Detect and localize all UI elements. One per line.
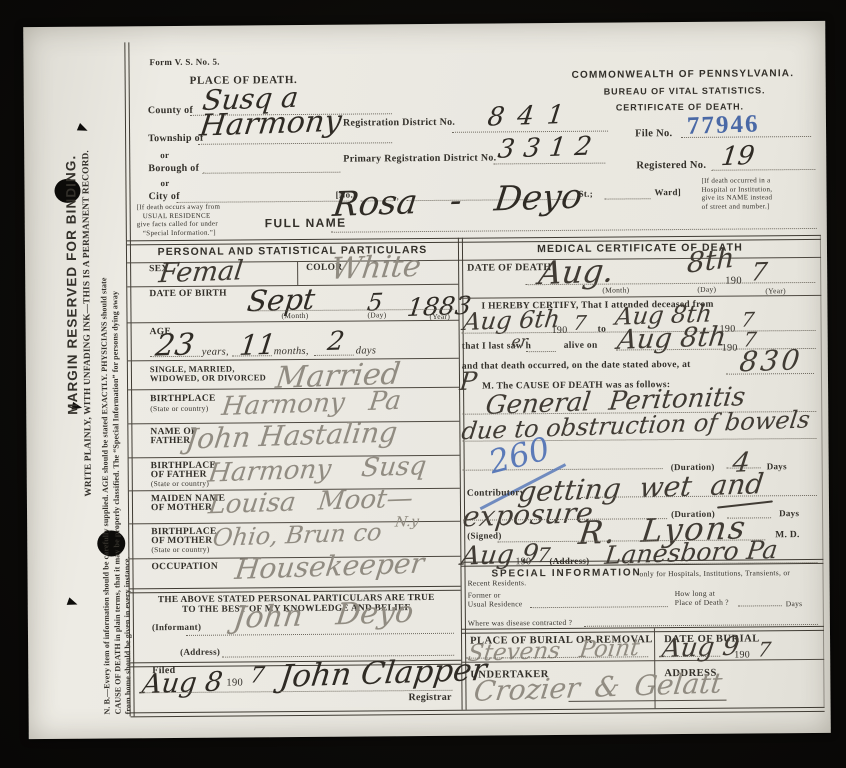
file-no-label: File No. [635, 128, 672, 139]
margin-mark-icon [67, 597, 79, 608]
marital-label2: WIDOWED, OR DIVORCED [150, 373, 266, 383]
primary-registration-label: Primary Registration District No. [343, 153, 496, 165]
hospital-note: [If death occurred in a Hospital or Inst… [701, 176, 772, 211]
state-country-caption: (State or country) [151, 546, 209, 554]
years-word: years, [202, 347, 229, 358]
registered-no-label: Registered No. [636, 160, 706, 172]
scanned-death-certificate: { "common": {"y190":"190","month_cap":"(… [0, 0, 846, 768]
bureau-title: BUREAU OF VITAL STATISTICS. [604, 86, 766, 97]
margin-mark-icon [77, 123, 89, 134]
full-name-line [331, 228, 817, 233]
death-day-value: 8th [686, 244, 734, 278]
or-label: or [160, 179, 169, 189]
former-residence-label: Former or [468, 591, 501, 599]
attended-from-date: Aug 6th [462, 307, 561, 334]
mother-birthplace-value: Ohio, Brun co [211, 520, 383, 550]
hospital-note-line: [If death occurred in a [701, 176, 772, 185]
margin-write-plainly-text: WRITE PLAINLY, WITH UNFADING INK—THIS IS… [82, 172, 94, 497]
day-caption: (Day) [697, 286, 716, 294]
date-of-birth-label: DATE OF BIRTH [149, 290, 227, 301]
her-written: er [511, 334, 529, 350]
hospital-note-line: give its NAME instead [702, 193, 773, 202]
filed-year-written: 7 [249, 665, 266, 687]
medical-section-title: MEDICAL CERTIFICATE OF DEATH [459, 242, 821, 256]
days2-label: Days [779, 509, 799, 519]
how-long-label: How long at [675, 590, 715, 598]
right-border-rule [820, 235, 825, 707]
sex-color-divider [297, 262, 298, 285]
residence-note: [If death occurs away from USUAL RESIDEN… [137, 203, 221, 238]
or-label: or [160, 151, 169, 161]
primary-registration-value: 3312 [496, 133, 602, 162]
file-no-stamp: 77946 [687, 110, 760, 140]
mother-maiden-value: Louisa Moot— [207, 485, 414, 518]
bottom-rule [131, 707, 825, 717]
mother-birthplace-state: N.y [394, 515, 420, 530]
from-year-written: 7 [572, 313, 587, 333]
state-country-caption: (State or country) [150, 405, 208, 413]
death-time-value: 830 [738, 346, 804, 376]
residence-note-line: “Special Information.”] [137, 228, 221, 237]
year-caption: (Year) [429, 313, 450, 321]
registrar-signature: John Clapper [278, 655, 488, 693]
usual-residence-label: Usual Residence [468, 600, 523, 608]
father-name-value: John Hastaling [184, 418, 399, 453]
ward-line [605, 198, 651, 199]
margin-binding-text: MARGIN RESERVED FOR BINDING. [65, 210, 81, 415]
state-country-caption: (State or country) [151, 480, 209, 488]
contributory-line2: exposure [461, 499, 594, 531]
burial-year-written: 7 [757, 639, 772, 659]
month-caption: (Month) [602, 286, 629, 294]
informant-address-label: (Address) [180, 648, 220, 658]
burial-place-value: Stevens Point [466, 637, 640, 666]
filed-date-value: Aug 8 [141, 669, 225, 699]
months-word: months, [274, 346, 309, 357]
death-year-written: 7 [750, 259, 769, 285]
form-number: Form V. S. No. 5. [149, 58, 219, 68]
special-information-subtitle2: Recent Residents. [468, 579, 527, 587]
hospital-note-line: of street and number.] [702, 202, 773, 211]
township-value: Harmony [198, 107, 343, 142]
full-name-value: Rosa - Deyo [331, 180, 584, 222]
burial-year-printed: 190 [734, 650, 750, 661]
residence-note-line: [If death occurs away from [137, 203, 221, 212]
county-label: County of [148, 106, 193, 117]
registration-district-label: Registration District No. [343, 118, 455, 129]
death-occurred-text: and that death occurred, on the date sta… [462, 361, 691, 373]
signed-year-printed: 190 [515, 557, 531, 568]
color-value: White [329, 252, 423, 285]
days-label: Days [767, 462, 787, 472]
place-of-death-q-label: Place of Death ? [675, 599, 729, 607]
informant-label: (Informant) [152, 623, 201, 633]
city-label: City of [149, 192, 180, 203]
alive-on-text: alive on [564, 342, 598, 352]
pm-written: P [458, 368, 478, 394]
sex-value: Femal [157, 257, 244, 287]
borough-line [202, 172, 340, 174]
year-caption: (Year) [765, 287, 786, 295]
certificate-sheet: MARGIN RESERVED FOR BINDING. WRITE PLAIN… [23, 21, 831, 739]
burial-date-value: Aug 9 [660, 634, 740, 663]
mother-maiden-label2: OF MOTHER [151, 504, 212, 514]
father-birthplace-value: Harmony Susq [207, 453, 428, 486]
registration-district-value: 841 [486, 102, 578, 131]
registered-no-value: 19 [720, 143, 756, 170]
month-caption: (Month) [281, 312, 308, 320]
address-label: (Address) [549, 557, 589, 567]
day-caption: (Day) [367, 311, 386, 319]
death-year-printed: 190 [725, 276, 742, 287]
occupation-label: OCCUPATION [151, 563, 218, 573]
residence-note-line: give facts called for under [137, 220, 221, 229]
days-word: days [356, 345, 377, 356]
disease-contracted-label: Where was disease contracted ? [468, 619, 572, 628]
informant-value: John Deyo [232, 598, 415, 634]
birthplace-value: Harmony Pa [220, 388, 402, 420]
age-days-value: 2 [326, 328, 346, 355]
township-line [198, 142, 392, 145]
occupation-value: Housekeeper [233, 550, 425, 584]
filed-year-printed: 190 [226, 677, 243, 688]
days-label: Days [786, 600, 803, 608]
commonwealth-title: COMMONWEALTH OF PENNSYLVANIA. [572, 69, 795, 81]
special-information-subtitle: only for Hospitals, Institutions, Transi… [640, 569, 791, 578]
township-label: Township of [148, 134, 204, 145]
ward-label: Ward] [655, 188, 682, 198]
borough-label: Borough of [148, 164, 199, 175]
registrar-label: Registrar [408, 693, 451, 704]
